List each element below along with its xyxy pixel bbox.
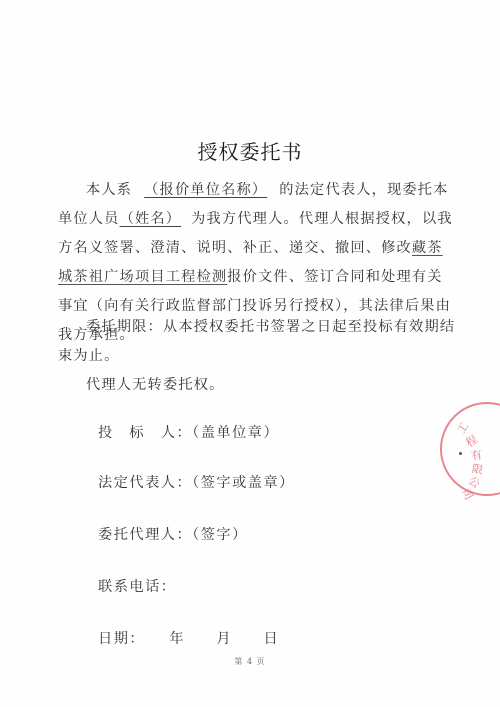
legal-representative-line: 法定代表人：（签字或盖章）	[98, 472, 295, 492]
company-name-blank: （报价单位名称）	[132, 182, 279, 198]
text-prefix: 本人系	[86, 182, 132, 198]
page-number: 第 4 页	[0, 656, 500, 667]
bidder-line: 投 标 人：（盖单位章）	[98, 422, 279, 442]
agent-name-blank: （姓名）	[120, 211, 192, 227]
agent-line: 委托代理人：（签字）	[98, 524, 248, 544]
document-page: 授权委托书 本人系（报价单位名称）的法定代表人，现委托本单位人员（姓名）为我方代…	[0, 0, 500, 707]
no-subdelegation-paragraph: 代理人无转委托权。	[86, 371, 486, 400]
date-line: 日期： 年 月 日	[98, 628, 279, 648]
page-title: 授权委托书	[0, 136, 500, 165]
term-paragraph: 委托期限：从本授权委托书签署之日起至投标有效期结束为止。	[58, 313, 458, 371]
phone-line: 联系电话：	[98, 576, 176, 596]
seal-dot	[459, 452, 462, 455]
